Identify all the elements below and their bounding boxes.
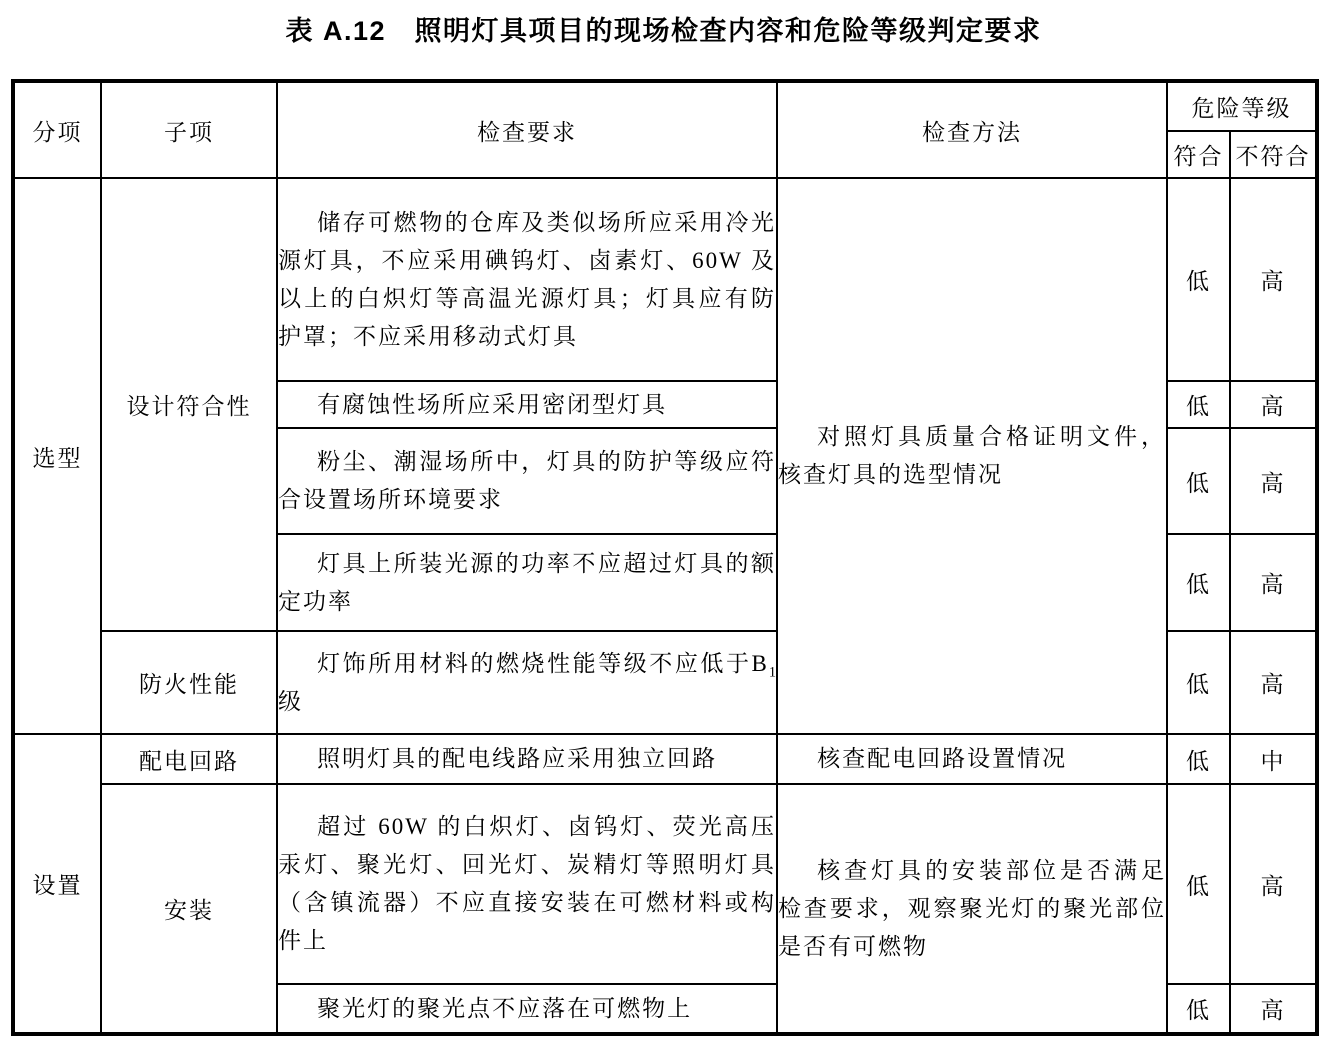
method-text-circuit: 核查配电回路设置情况: [778, 740, 1166, 778]
requirement-text: 超过 60W 的白炽灯、卤钨灯、荧光高压汞灯、聚光灯、回光灯、炭精灯等照明灯具（…: [278, 808, 776, 960]
requirement-text: 聚光灯的聚光点不应落在可燃物上: [278, 990, 776, 1028]
method-text-selection: 对照灯具质量合格证明文件，核查灯具的选型情况: [778, 418, 1166, 494]
item-cell-setup: 设置: [13, 734, 101, 1034]
hazard-compliant-cell: 低: [1167, 734, 1230, 784]
col-header-non-compliant: 不符合: [1230, 131, 1317, 178]
hazard-non-compliant-cell: 高: [1230, 784, 1317, 984]
hazard-compliant-cell: 低: [1167, 428, 1230, 534]
hazard-compliant-cell: 低: [1167, 534, 1230, 631]
col-header-hazard-level: 危险等级: [1167, 81, 1317, 131]
table-row: 安装 超过 60W 的白炽灯、卤钨灯、荧光高压汞灯、聚光灯、回光灯、炭精灯等照明…: [13, 784, 1317, 984]
hazard-non-compliant-cell: 高: [1230, 984, 1317, 1034]
requirement-text: 有腐蚀性场所应采用密闭型灯具: [278, 386, 776, 424]
inspection-table: 分项 子项 检查要求 检查方法 危险等级 符合 不符合 选型 设计符合性 储存可…: [11, 79, 1319, 1036]
hazard-compliant-cell: 低: [1167, 784, 1230, 984]
sub-item-cell-design-conformity: 设计符合性: [101, 178, 277, 631]
requirement-text: 灯饰所用材料的燃烧性能等级不应低于B1级: [278, 645, 776, 721]
col-header-compliant: 符合: [1167, 131, 1230, 178]
requirement-text: 粉尘、潮湿场所中，灯具的防护等级应符合设置场所环境要求: [278, 443, 776, 519]
hazard-compliant-cell: 低: [1167, 631, 1230, 734]
hazard-non-compliant-cell: 中: [1230, 734, 1317, 784]
requirement-text: 照明灯具的配电线路应采用独立回路: [278, 740, 776, 778]
hazard-compliant-cell: 低: [1167, 984, 1230, 1034]
table-title: 表 A.12 照明灯具项目的现场检查内容和危险等级判定要求: [0, 0, 1327, 48]
sub-item-cell-fire-performance: 防火性能: [101, 631, 277, 734]
hazard-compliant-cell: 低: [1167, 381, 1230, 428]
requirement-text: 灯具上所装光源的功率不应超过灯具的额定功率: [278, 545, 776, 621]
sub-item-cell-distribution-circuit: 配电回路: [101, 734, 277, 784]
subscript-1: 1: [769, 664, 776, 680]
hazard-non-compliant-cell: 高: [1230, 631, 1317, 734]
table-row: 选型 设计符合性 储存可燃物的仓库及类似场所应采用冷光源灯具，不应采用碘钨灯、卤…: [13, 178, 1317, 381]
hazard-non-compliant-cell: 高: [1230, 534, 1317, 631]
hazard-compliant-cell: 低: [1167, 178, 1230, 381]
method-text-installation: 核查灯具的安装部位是否满足检查要求，观察聚光灯的聚光部位是否有可燃物: [778, 852, 1166, 966]
col-header-method: 检查方法: [777, 81, 1167, 178]
hazard-non-compliant-cell: 高: [1230, 428, 1317, 534]
table-row: 设置 配电回路 照明灯具的配电线路应采用独立回路 核查配电回路设置情况 低 中: [13, 734, 1317, 784]
requirement-text: 储存可燃物的仓库及类似场所应采用冷光源灯具，不应采用碘钨灯、卤素灯、60W 及以…: [278, 204, 776, 356]
col-header-requirement: 检查要求: [277, 81, 777, 178]
hazard-non-compliant-cell: 高: [1230, 178, 1317, 381]
hazard-non-compliant-cell: 高: [1230, 381, 1317, 428]
col-header-sub-item: 子项: [101, 81, 277, 178]
col-header-item: 分项: [13, 81, 101, 178]
item-cell-selection: 选型: [13, 178, 101, 734]
sub-item-cell-installation: 安装: [101, 784, 277, 1034]
